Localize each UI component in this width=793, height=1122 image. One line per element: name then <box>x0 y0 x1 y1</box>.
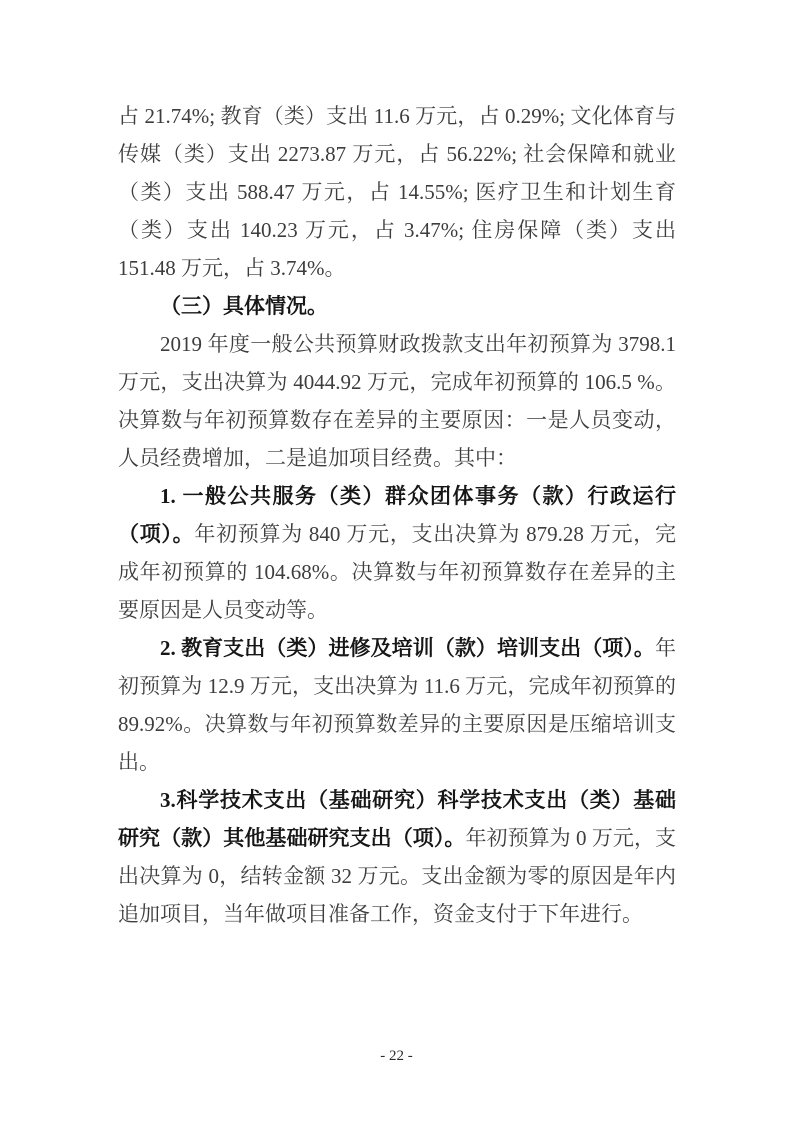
paragraph-text: 2019 年度一般公共预算财政拨款支出年初预算为 3798.1 万元，支出决算为… <box>118 332 676 470</box>
item-text: 年初预算为 840 万元，支出决算为 879.28 万元，完成年初预算的 104… <box>118 522 676 622</box>
paragraph-text: 占 21.74%; 教育（类）支出 11.6 万元，占 0.29%; 文化体育与… <box>118 104 676 280</box>
paragraph-overall-budget: 2019 年度一般公共预算财政拨款支出年初预算为 3798.1 万元，支出决算为… <box>118 325 676 477</box>
item-3-science-technology-expenditure: 3.科学技术支出（基础研究）科学技术支出（类）基础研究（款）其他基础研究支出（项… <box>118 781 676 933</box>
document-body: 占 21.74%; 教育（类）支出 11.6 万元，占 0.29%; 文化体育与… <box>118 97 676 933</box>
item-1-general-public-services: 1. 一般公共服务（类）群众团体事务（款）行政运行（项）。年初预算为 840 万… <box>118 477 676 629</box>
paragraph-expenditure-breakdown: 占 21.74%; 教育（类）支出 11.6 万元，占 0.29%; 文化体育与… <box>118 97 676 287</box>
section-heading-text: （三）具体情况。 <box>160 294 328 318</box>
item-2-education-expenditure: 2. 教育支出（类）进修及培训（款）培训支出（项）。年初预算为 12.9 万元，… <box>118 629 676 781</box>
section-heading-specifics: （三）具体情况。 <box>118 287 676 325</box>
document-page: 占 21.74%; 教育（类）支出 11.6 万元，占 0.29%; 文化体育与… <box>0 0 793 1122</box>
item-lead: 2. 教育支出（类）进修及培训（款）培训支出（项）。 <box>160 636 655 660</box>
page-number: - 22 - <box>0 1048 793 1065</box>
